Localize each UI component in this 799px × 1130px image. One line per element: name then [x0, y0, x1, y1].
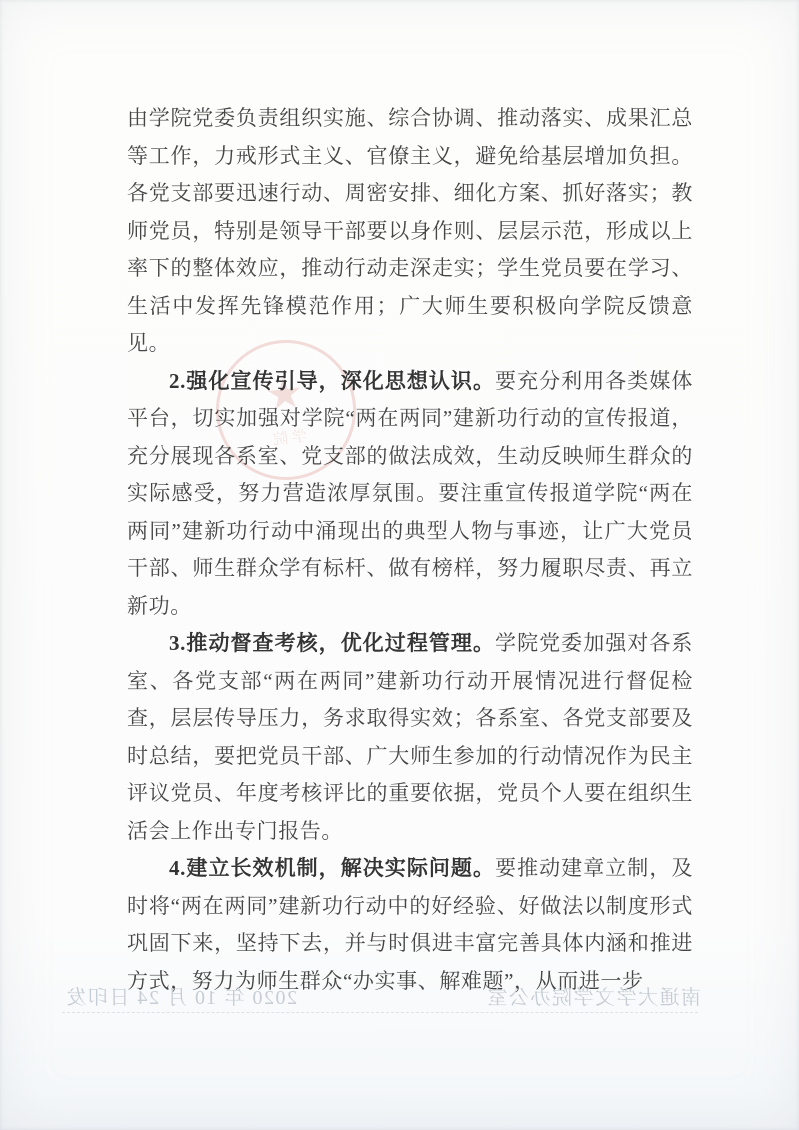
paragraph-continuation: 由学院党委负责组织实施、综合协调、推动落实、成果汇总等工作，力戒形式主义、官僚主…	[127, 100, 693, 363]
paragraph-4: 4.建立长效机制，解决实际问题。要推动建章立制，及时将“两在两同”建新功行动中的…	[127, 850, 693, 1000]
scanned-document-page: ★ 学院 由学院党委负责组织实施、综合协调、推动落实、成果汇总等工作，力戒形式主…	[0, 0, 799, 1130]
bleedthrough-separator-line	[62, 1012, 698, 1013]
paragraph-3: 3.推动督查考核，优化过程管理。学院党委加强对各系室、各党支部“两在两同”建新功…	[127, 625, 693, 850]
paragraph-heading: 3.推动督查考核，优化过程管理。	[169, 631, 495, 655]
document-body: 由学院党委负责组织实施、综合协调、推动落实、成果汇总等工作，力戒形式主义、官僚主…	[127, 100, 693, 1000]
paragraph-body: 学院党委加强对各系室、各党支部“两在两同”建新功行动开展情况进行督促检查，层层传…	[127, 631, 693, 843]
paragraph-2: 2.强化宣传引导，深化思想认识。要充分利用各类媒体平台，切实加强对学院“两在两同…	[127, 363, 693, 626]
paragraph-heading: 4.建立长效机制，解决实际问题。	[169, 856, 495, 880]
paragraph-body: 由学院党委负责组织实施、综合协调、推动落实、成果汇总等工作，力戒形式主义、官僚主…	[127, 106, 693, 355]
paragraph-heading: 2.强化宣传引导，深化思想认识。	[169, 369, 495, 393]
paragraph-body: 要充分利用各类媒体平台，切实加强对学院“两在两同”建新功行动的宣传报道，充分展现…	[127, 369, 693, 618]
